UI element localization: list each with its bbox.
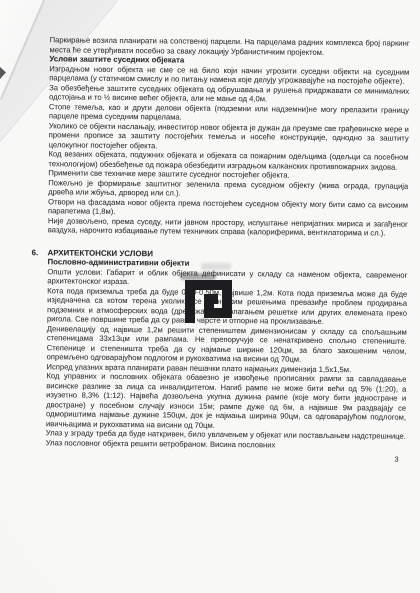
paragraph: Денивелацију од највише 1,2м решити степ… (47, 324, 407, 365)
scan-smudge (180, 273, 216, 280)
section-heading-label: АРХИТЕКТОНСКИ УСЛОВИ (48, 248, 153, 258)
paragraph: Није дозвољено, према суседу, нити јавно… (48, 216, 408, 238)
scan-smudge (201, 263, 231, 270)
section-architectural-conditions: 6. АРХИТЕКТОНСКИ УСЛОВИ Пословно-админис… (46, 248, 408, 451)
section-number: 6. (32, 248, 39, 258)
square-spiral-watermark-icon (185, 280, 232, 323)
document-content: Паркирање возила планирати на сопственој… (46, 35, 410, 464)
paragraph: Улаз у зграду треба да буде наткривен, б… (46, 428, 406, 450)
scanned-page: Паркирање возила планирати на сопственој… (0, 0, 420, 593)
paragraph: Код управних и пословних објеката обавез… (46, 371, 407, 431)
paragraph: Уколико се објекти наслањају, инвеститор… (49, 121, 409, 153)
page-number: 3 (46, 451, 406, 464)
